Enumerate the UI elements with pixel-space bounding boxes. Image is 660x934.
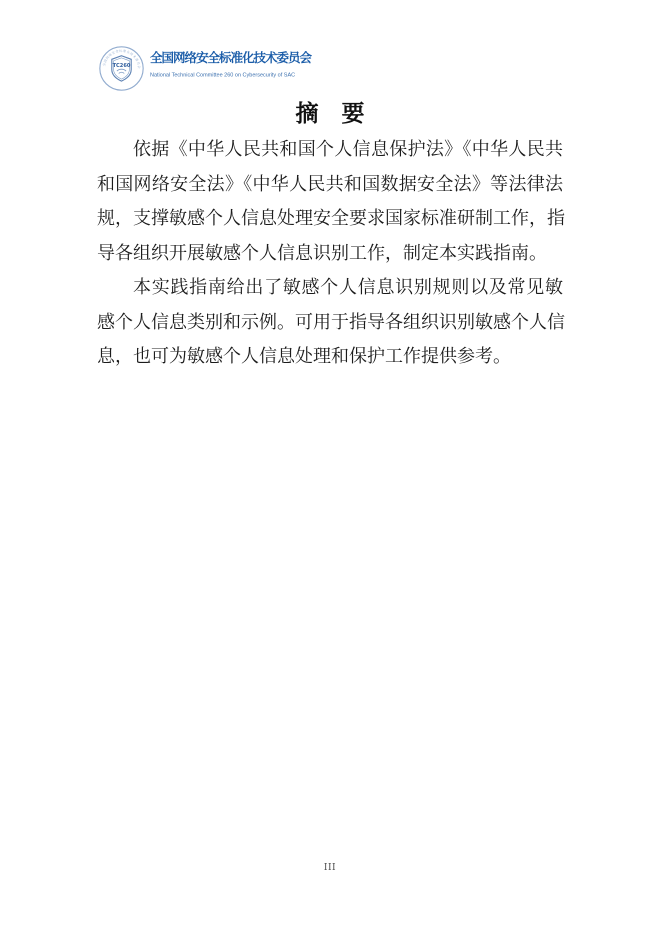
page-title: 摘 要 [0, 99, 660, 129]
page-number: III [0, 863, 660, 873]
tc260-emblem-icon: 全国网络安全标准化技术委员会 TC260 [98, 45, 145, 92]
paragraph-1-line-4: 导各组织开展敏感个人信息识别工作，制定本实践指南。 [97, 237, 563, 272]
tc260-logo: 全国网络安全标准化技术委员会 TC260 全国网络安全标准化技术委员会 Nati… [98, 45, 414, 92]
paragraph-1-line-3: 规，支撑敏感个人信息处理安全要求国家标准研制工作，指 [97, 202, 563, 237]
org-name-zh: 全国网络安全标准化技术委员会 [150, 51, 414, 65]
paragraph-1-line-2: 和国网络安全法》《中华人民共和国数据安全法》等法律法 [97, 168, 563, 203]
emblem-tc260-label: TC260 [113, 63, 131, 69]
paragraph-2-line-3: 息，也可为敏感个人信息处理和保护工作提供参考。 [97, 340, 563, 375]
org-name-en: National Technical Committee 260 on Cybe… [150, 72, 295, 78]
abstract-body: 依据《中华人民共和国个人信息保护法》《中华人民共 和国网络安全法》《中华人民共和… [97, 133, 563, 375]
paragraph-2-line-2: 感个人信息类别和示例。可用于指导各组织识别敏感个人信 [97, 306, 563, 341]
logo-text-block: 全国网络安全标准化技术委员会 National Technical Commit… [150, 45, 414, 84]
paragraph-1-line-1: 依据《中华人民共和国个人信息保护法》《中华人民共 [97, 133, 563, 168]
paragraph-2-line-1: 本实践指南给出了敏感个人信息识别规则以及常见敏 [97, 271, 563, 306]
document-page: 全国网络安全标准化技术委员会 TC260 全国网络安全标准化技术委员会 Nati… [0, 0, 660, 934]
